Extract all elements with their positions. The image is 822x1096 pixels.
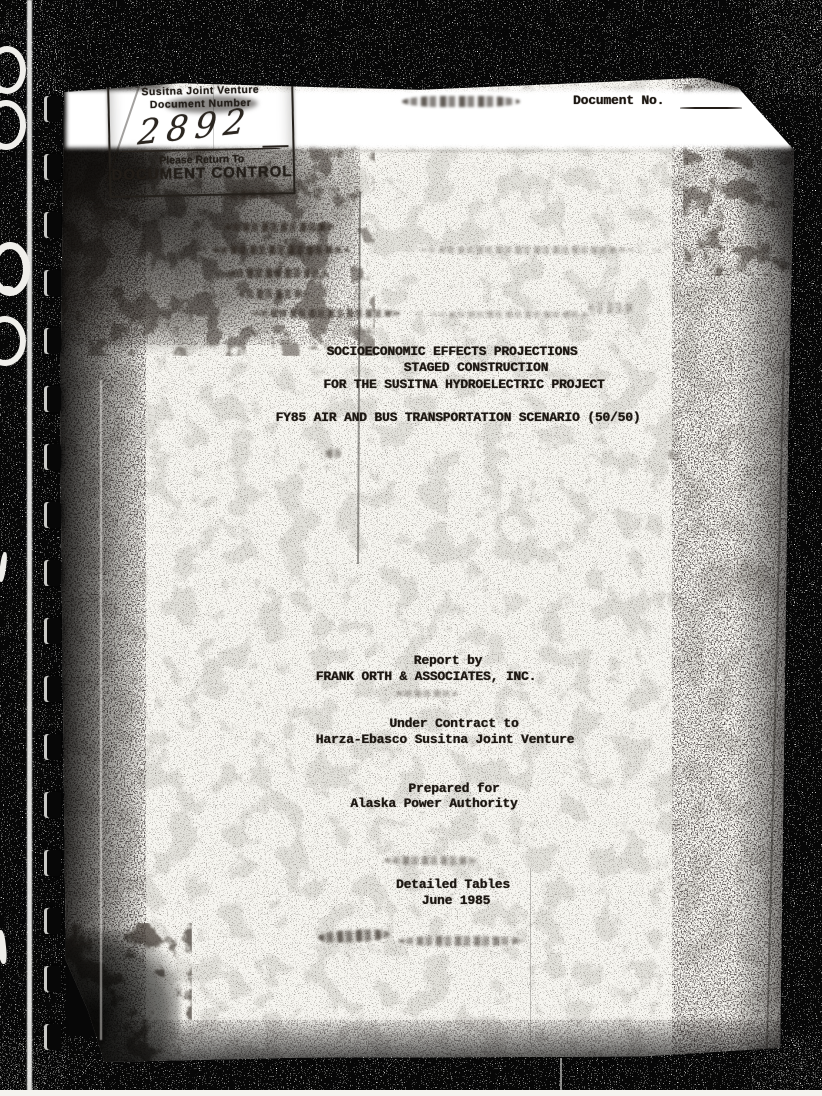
diagonal-scratch [766,350,785,1062]
stamp-document-control-line: DOCUMENT CONTROL [111,163,293,184]
binding-hole [44,444,61,470]
illegible-smudge-text [252,309,402,318]
binding-hole [44,328,61,354]
report-by-label: Report by [112,653,784,669]
binding-hole [44,792,61,818]
stamp-number-line-segment [262,145,288,148]
scenario-line: FY85 AIR AND BUS TRANSPORTATION SCENARIO… [122,410,794,426]
binding-hole [44,908,61,934]
margin-glyph-fragment [0,930,8,965]
binding-hole [44,212,61,238]
illegible-smudge-text [398,936,523,946]
ink-fleck [326,449,342,458]
toner-blot [700,560,770,600]
contract-label: Under Contract to [118,716,790,732]
binding-hole [44,1024,61,1050]
binding-hole [44,270,61,296]
binding-hole [44,850,61,876]
illegible-smudge-text [228,268,326,278]
document-no-label: Document No. [573,93,664,109]
illegible-smudge-text [402,96,520,107]
binding-hole [44,618,61,644]
title-line-2: STAGED CONSTRUCTION [140,360,812,376]
binding-hole [44,502,61,528]
contract-name: Harza-Ebasco Susitna Joint Venture [109,732,781,748]
report-author-name: FRANK ORTH & ASSOCIATES, INC. [90,669,762,685]
scan-streak [100,380,102,1040]
illegible-smudge-text [396,690,458,697]
paper-sheet: Document No. SOCIOECONOMIC EFFECTS PROJE… [0,0,822,1096]
bottom-left-corner-blot [40,930,180,1070]
illegible-smudge-text [430,311,595,318]
stamp-company-name: HARZA-EBASCO [109,61,291,85]
binding-hole [44,154,61,180]
margin-glyph-fragment [0,286,14,294]
footer-date: June 1985 [120,893,792,909]
illegible-smudge-text [420,246,635,254]
binding-hole [44,676,61,702]
top-right-corner-shadow [690,40,820,270]
prepared-for-label: Prepared for [118,781,790,797]
scanned-document-page: Document No. SOCIOECONOMIC EFFECTS PROJE… [0,0,822,1096]
bottom-edge-shadow [60,1018,790,1066]
document-control-stamp: HARZA-EBASCO Susitna Joint Venture Docum… [107,50,296,198]
illegible-smudge-text [224,222,336,232]
illegible-smudge-text [588,302,634,314]
binding-hole [44,96,61,122]
binding-hole [44,386,61,412]
document-no-blank-line [680,107,742,109]
binding-hole [44,966,61,992]
cover-edge-highlight [27,0,32,1096]
margin-glyph-fragment [0,316,26,366]
title-line-1: SOCIOECONOMIC EFFECTS PROJECTIONS [116,344,788,360]
footer-detailed-tables: Detailed Tables [117,877,789,893]
illegible-smudge-text [212,245,350,255]
margin-glyph-fragment [0,552,8,583]
bottom-scratch-mark [560,1058,562,1092]
margin-glyph-fragment [0,100,26,150]
scan-bottom-white-strip [0,1090,822,1096]
margin-glyph-fragment [0,46,26,94]
title-line-3: FOR THE SUSITNA HYDROELECTRIC PROJECT [128,377,800,393]
ink-fleck [668,450,680,460]
illegible-smudge-text [238,289,306,299]
illegible-smudge-text [318,928,391,944]
illegible-smudge-text [384,856,480,865]
prepared-for-name: Alaska Power Authority [98,796,770,812]
binding-hole [44,560,61,586]
binding-hole [44,734,61,760]
